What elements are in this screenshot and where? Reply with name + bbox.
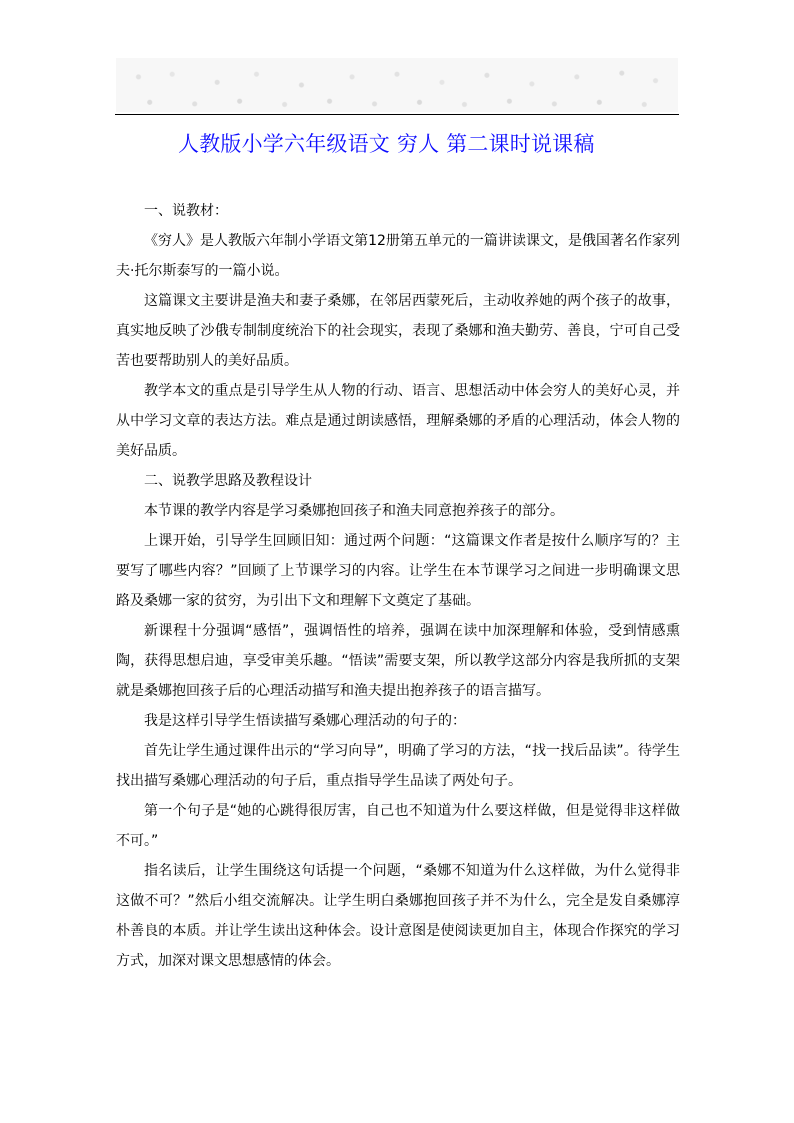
paragraph: 上课开始，引导学生回顾旧知：通过两个问题：“这篇课文作者是按什么顺序写的？主要写… (116, 526, 680, 616)
document-body: 一、说教材： 《穷人》是人教版六年制小学语文第12册第五单元的一篇讲读课文，是俄… (116, 196, 680, 976)
paragraph: 本节课的教学内容是学习桑娜抱回孩子和渔夫同意抱养孩子的部分。 (116, 496, 680, 526)
paragraph: 我是这样引导学生悟读描写桑娜心理活动的句子的： (116, 706, 680, 736)
paragraph: 第一个句子是“她的心跳得很厉害，自己也不知道为什么要这样做，但是觉得非这样做不可… (116, 796, 680, 856)
paragraph: 这篇课文主要讲是渔夫和妻子桑娜，在邻居西蒙死后，主动收养她的两个孩子的故事，真实… (116, 286, 680, 376)
paragraph: 教学本文的重点是引导学生从人物的行动、语言、思想活动中体会穷人的美好心灵，并从中… (116, 376, 680, 466)
paragraph: 《穷人》是人教版六年制小学语文第12册第五单元的一篇讲读课文，是俄国著名作家列夫… (116, 226, 680, 286)
section-heading-teaching-material: 一、说教材： (116, 196, 680, 226)
paragraph: 新课程十分强调“感悟”，强调悟性的培养，强调在读中加深理解和体验，受到情感熏陶，… (116, 616, 680, 706)
header-divider (115, 114, 679, 115)
paragraph: 首先让学生通过课件出示的“学习向导”，明确了学习的方法，“找一找后品读”。待学生… (116, 736, 680, 796)
section-heading-teaching-design: 二、说教学思路及教程设计 (116, 466, 680, 496)
header-banner (116, 58, 678, 112)
paragraph: 指名读后，让学生围绕这句话提一个问题，“桑娜不知道为什么这样做，为什么觉得非这做… (116, 856, 680, 976)
document-title: 人教版小学六年级语文 穷人 第二课时说课稿 (178, 128, 595, 158)
